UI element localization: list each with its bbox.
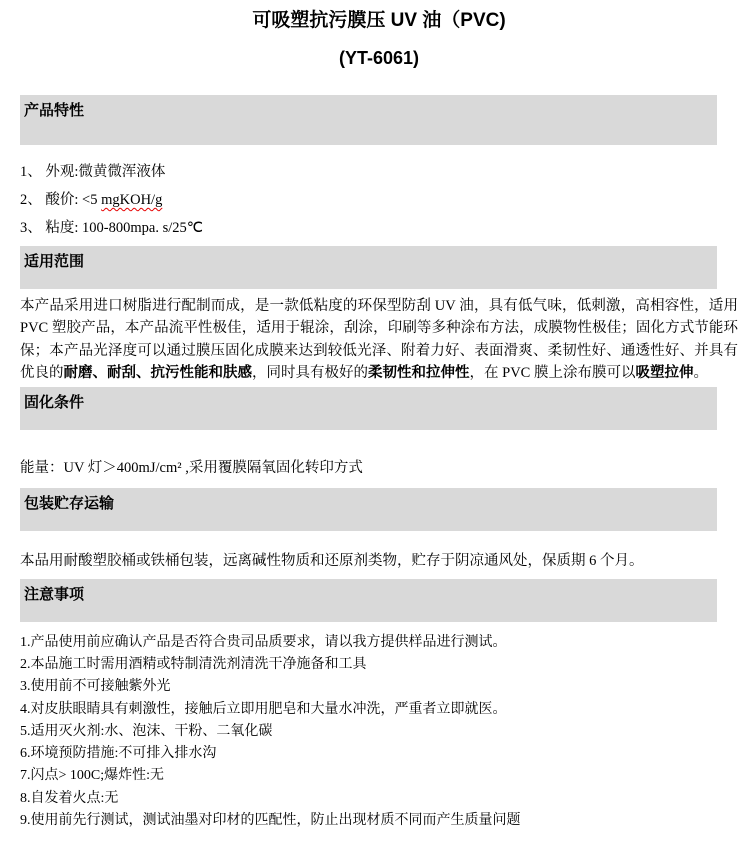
feature-item-acid-value: 2、 酸价: <5 mgKOH/g [20,190,738,210]
scope-bold-thermoforming: 吸塑拉伸 [635,365,693,381]
scope-bold-flexibility: 柔韧性和拉伸性 [368,365,470,381]
scope-text-2: ，同时具有极好的 [252,365,368,381]
note-item-6: 6.环境预防措施:不可排入排水沟 [20,743,738,765]
scope-bold-wear-resistance: 耐磨、耐刮、抗污性能和肤感 [64,365,253,381]
note-item-5: 5.适用灭火剂:水、泡沫、干粉、二氧化碳 [20,721,738,743]
section-header-curing: 固化条件 [20,387,717,430]
note-item-8: 8.自发着火点:无 [20,788,738,810]
spellcheck-flagged-text: mgKOH/g [101,192,162,208]
scope-text-3: ，在 PVC 膜上涂布膜可以 [470,365,636,381]
section-header-features: 产品特性 [20,95,717,145]
product-datasheet: 可吸塑抗污膜压 UV 油（PVC) (YT-6061) 产品特性 1、 外观:微… [0,0,741,832]
section-header-notes: 注意事项 [20,579,717,622]
section-header-storage-label: 包装贮存运输 [24,495,114,512]
document-model-number: (YT-6061) [20,48,738,68]
scope-text-4: 。 [693,365,708,381]
note-item-7: 7.闪点> 100C;爆炸性:无 [20,765,738,787]
document-title: 可吸塑抗污膜压 UV 油（PVC) [20,11,738,31]
feature-item-acid-value-text: 2、 酸价: <5 [20,192,101,208]
section-header-scope: 适用范围 [20,246,717,289]
note-item-1: 1.产品使用前应确认产品是否符合贵司品质要求，请以我方提供样品进行测试。 [20,632,738,654]
storage-paragraph: 本品用耐酸塑胶桶或铁桶包装，远离碱性物质和还原剂类物，贮存于阴凉通风处，保质期 … [20,551,738,571]
notes-list: 1.产品使用前应确认产品是否符合贵司品质要求，请以我方提供样品进行测试。 2.本… [20,632,738,833]
features-list: 1、 外观:微黄微浑液体 2、 酸价: <5 mgKOH/g 3、 粘度: 10… [20,162,738,238]
section-header-scope-label: 适用范围 [24,253,84,270]
section-header-storage: 包装贮存运输 [20,488,717,531]
note-item-9: 9.使用前先行测试，测试油墨对印材的匹配性，防止出现材质不同而产生质量问题 [20,810,738,832]
note-item-3: 3.使用前不可接触紫外光 [20,676,738,698]
curing-energy-line: 能量：UV 灯＞400mJ/cm² ,采用覆膜隔氧固化转印方式 [20,458,738,478]
section-header-features-label: 产品特性 [24,102,84,119]
section-header-curing-label: 固化条件 [24,394,84,411]
note-item-4: 4.对皮肤眼睛具有刺激性，接触后立即用肥皂和大量水冲洗，严重者立即就医。 [20,699,738,721]
feature-item-appearance: 1、 外观:微黄微浑液体 [20,162,738,182]
scope-paragraph: 本产品采用进口树脂进行配制而成，是一款低粘度的环保型防刮 UV 油，具有低气味，… [20,295,738,385]
section-header-notes-label: 注意事项 [24,586,84,603]
note-item-2: 2.本品施工时需用酒精或特制清洗剂清洗干净施备和工具 [20,654,738,676]
feature-item-viscosity: 3、 粘度: 100-800mpa. s/25℃ [20,218,738,238]
